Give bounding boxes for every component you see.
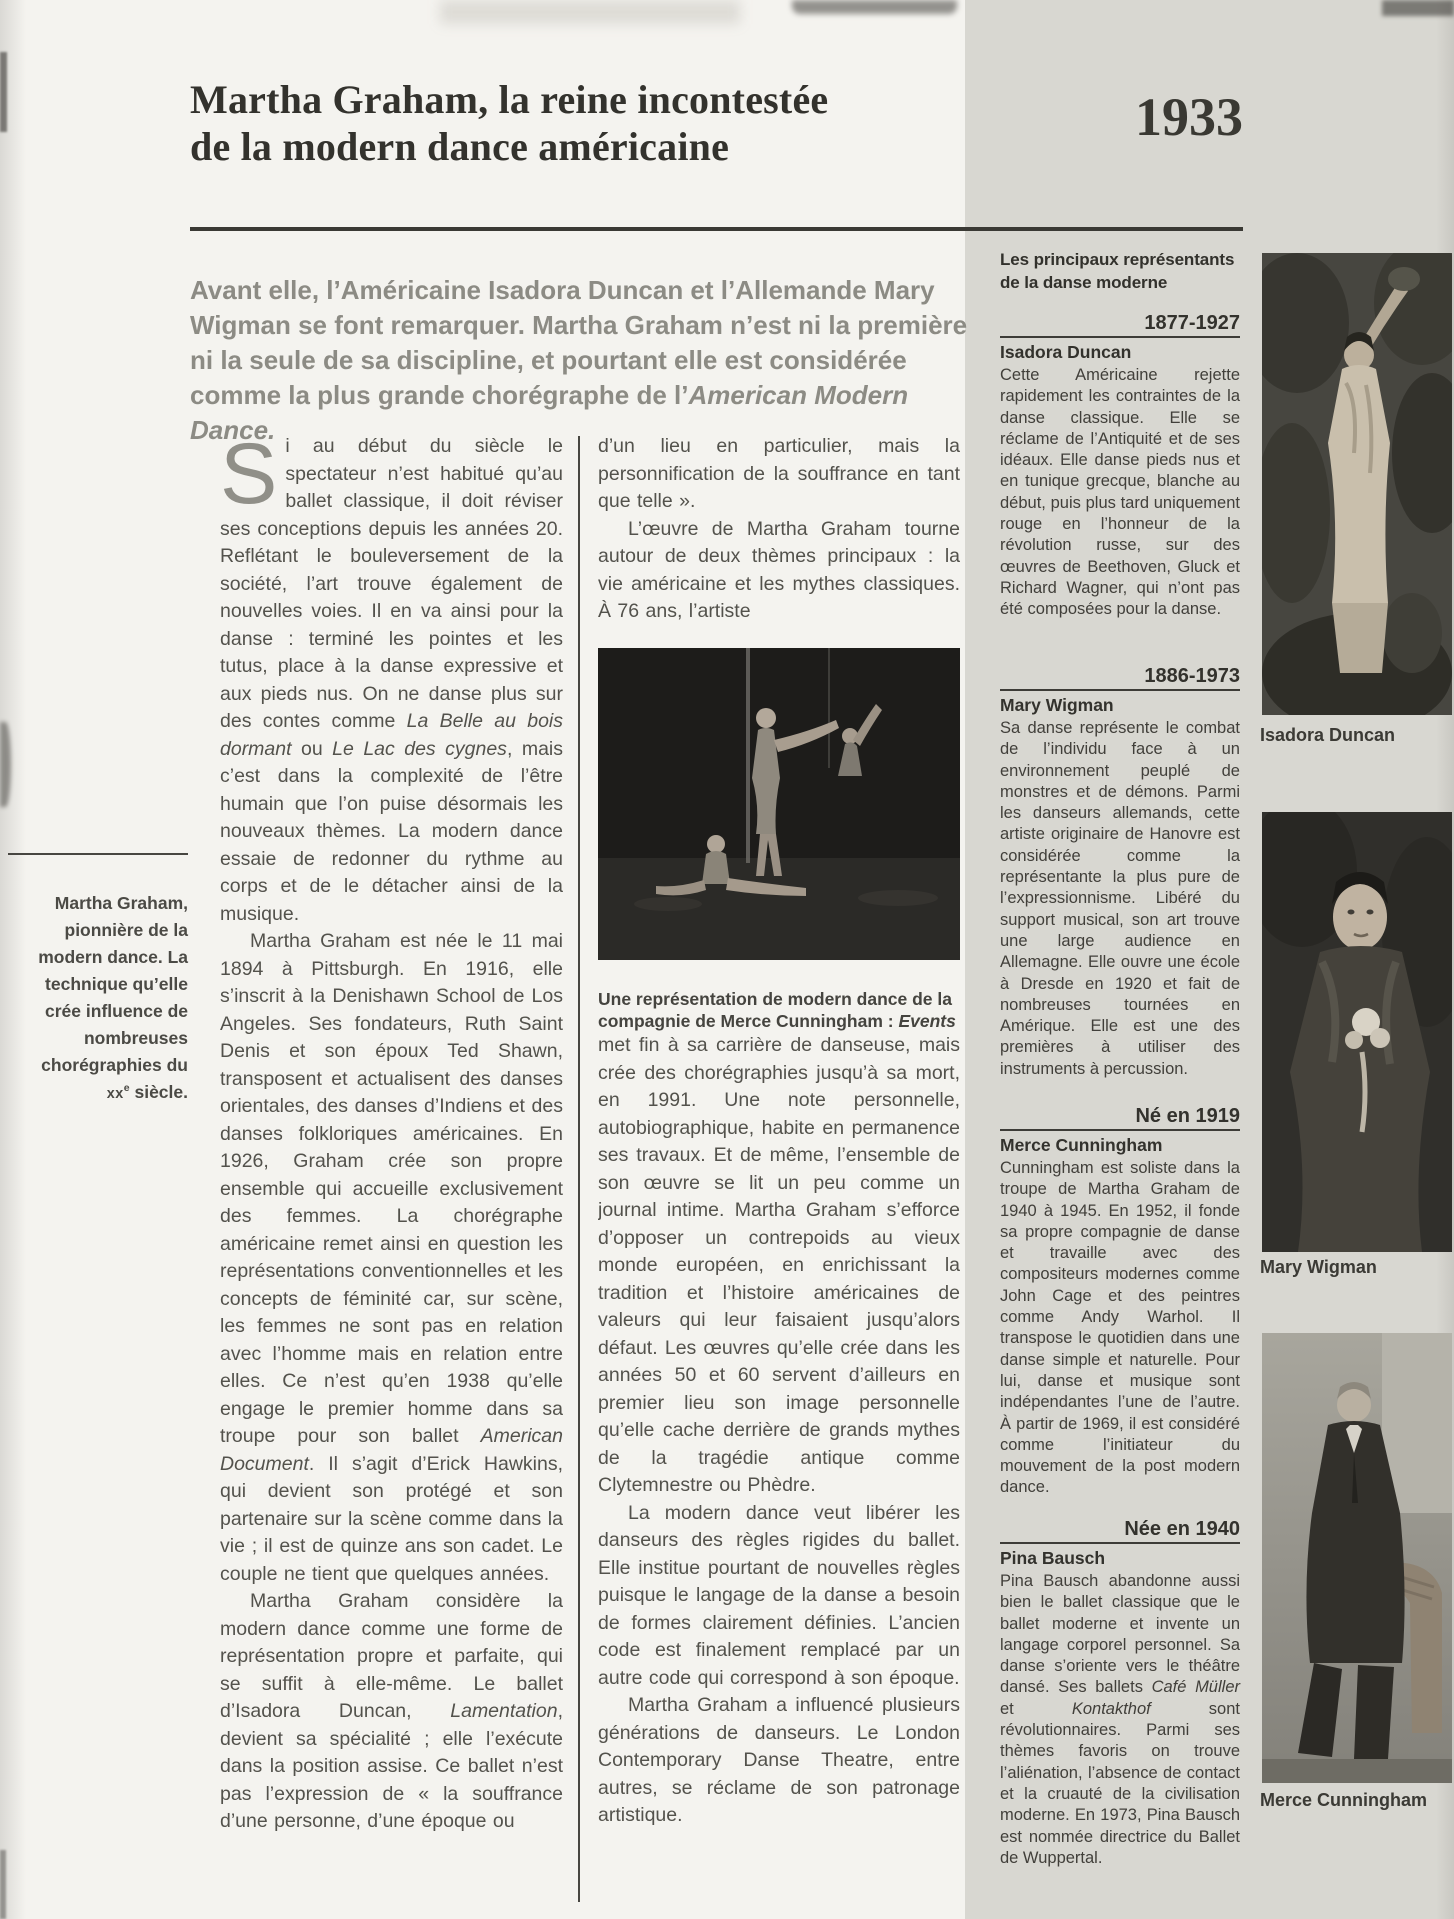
portrait-isadora-duncan-image bbox=[1262, 253, 1452, 715]
article-column-middle-bottom: met fin à sa carrière de danseuse, mais … bbox=[598, 1032, 960, 1912]
sidebar-name-pina-bausch: Pina Bausch bbox=[1000, 1547, 1240, 1569]
page-title: Martha Graham, la reine incontestée de l… bbox=[190, 76, 970, 170]
sidebar-bio-pina-bausch: Pina Bausch abandonne aussi bien le ball… bbox=[1000, 1571, 1240, 1869]
portrait-merce-cunningham bbox=[1262, 1333, 1452, 1783]
article-column-middle-top: d’un lieu en particulier, mais la person… bbox=[598, 433, 960, 643]
body-paragraph: La modern dance veut libérer les danseur… bbox=[598, 1500, 960, 1693]
sidebar-entry-mary-wigman: 1886-1973 Mary Wigman Sa danse représent… bbox=[1000, 665, 1240, 1080]
body-paragraph: Martha Graham est née le 11 mai 1894 à P… bbox=[220, 928, 563, 1588]
sidebar-dates-merce-cunningham: Né en 1919 bbox=[1000, 1105, 1240, 1127]
portrait-caption-merce-cunningham: Merce Cunningham bbox=[1260, 1790, 1454, 1811]
portrait-merce-cunningham-image bbox=[1262, 1333, 1452, 1783]
body-paragraph: Martha Graham considère la modern dance … bbox=[220, 1588, 563, 1836]
portrait-mary-wigman-image bbox=[1262, 812, 1452, 1252]
body-paragraph: met fin à sa carrière de danseuse, mais … bbox=[598, 1032, 960, 1500]
body-paragraph: d’un lieu en particulier, mais la person… bbox=[598, 433, 960, 516]
sidebar-rule bbox=[1000, 336, 1240, 338]
scan-artifact bbox=[440, 0, 740, 24]
year-label: 1933 bbox=[965, 86, 1243, 148]
portrait-caption-isadora-duncan: Isadora Duncan bbox=[1260, 725, 1454, 746]
body-paragraph: Si au début du siècle le spectateur n’es… bbox=[220, 433, 563, 928]
portrait-caption-mary-wigman: Mary Wigman bbox=[1260, 1257, 1454, 1278]
sidebar-dates-pina-bausch: Née en 1940 bbox=[1000, 1518, 1240, 1540]
margin-note-rule bbox=[8, 853, 188, 855]
sidebar-bio-merce-cunningham: Cunningham est soliste dans la troupe de… bbox=[1000, 1158, 1240, 1499]
stage-photo-image bbox=[598, 648, 960, 960]
sidebar-heading: Les principaux représentants de la danse… bbox=[1000, 248, 1245, 294]
stage-photo-merce-cunningham-company bbox=[598, 648, 960, 960]
sidebar-dates-mary-wigman: 1886-1973 bbox=[1000, 665, 1240, 687]
page-title-line2: de la modern dance américaine bbox=[190, 123, 970, 170]
sidebar-rule bbox=[1000, 689, 1240, 691]
sidebar-name-merce-cunningham: Merce Cunningham bbox=[1000, 1134, 1240, 1156]
intro-paragraph: Avant elle, l’Américaine Isadora Duncan … bbox=[190, 273, 990, 448]
sidebar-rule bbox=[1000, 1542, 1240, 1544]
drop-cap: S bbox=[220, 438, 277, 510]
article-column-left: Si au début du siècle le spectateur n’es… bbox=[220, 433, 563, 1911]
sidebar-name-isadora-duncan: Isadora Duncan bbox=[1000, 341, 1240, 363]
sidebar-entry-merce-cunningham: Né en 1919 Merce Cunningham Cunningham e… bbox=[1000, 1105, 1240, 1499]
body-paragraph: Martha Graham a influencé plusieurs géné… bbox=[598, 1692, 960, 1830]
portrait-mary-wigman bbox=[1262, 812, 1452, 1252]
magazine-page: Martha Graham, la reine incontestée de l… bbox=[0, 0, 1454, 1919]
sidebar-bio-mary-wigman: Sa danse représente le combat de l’indiv… bbox=[1000, 718, 1240, 1080]
sidebar-dates-isadora-duncan: 1877-1927 bbox=[1000, 312, 1240, 334]
scan-artifact bbox=[0, 52, 7, 132]
margin-note: Martha Graham, pionnière de la modern da… bbox=[28, 890, 188, 1108]
sidebar-entry-pina-bausch: Née en 1940 Pina Bausch Pina Bausch aban… bbox=[1000, 1518, 1240, 1869]
scan-artifact bbox=[0, 1850, 6, 1919]
column-divider bbox=[578, 436, 580, 1902]
stage-photo-caption: Une représentation de modern dance de la… bbox=[598, 988, 960, 1032]
body-paragraph: L’œuvre de Martha Graham tourne autour d… bbox=[598, 516, 960, 626]
title-rule bbox=[190, 227, 1243, 231]
portrait-isadora-duncan bbox=[1262, 253, 1452, 715]
scan-artifact bbox=[0, 722, 11, 807]
sidebar-name-mary-wigman: Mary Wigman bbox=[1000, 694, 1240, 716]
page-title-line1: Martha Graham, la reine incontestée bbox=[190, 76, 970, 123]
sidebar-bio-isadora-duncan: Cette Américaine rejette rapidement les … bbox=[1000, 365, 1240, 621]
sidebar-entry-isadora-duncan: 1877-1927 Isadora Duncan Cette Américain… bbox=[1000, 312, 1240, 621]
scan-artifact bbox=[792, 0, 957, 14]
sidebar-rule bbox=[1000, 1129, 1240, 1131]
